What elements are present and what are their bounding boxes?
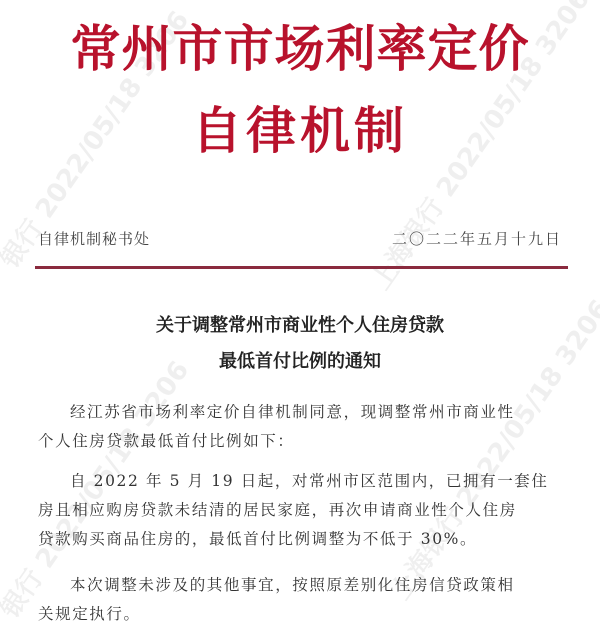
document-header-title: 常州市市场利率定价	[0, 18, 600, 80]
notice-title-line1: 关于调整常州市商业性个人住房贷款	[0, 311, 600, 337]
paragraph-line: 房且相应购房贷款未结清的居民家庭，再次申请商业性个人住房	[38, 496, 570, 525]
paragraph-line: 个人住房贷款最低首付比例如下：	[38, 427, 570, 456]
issuer-name: 自律机制秘书处	[38, 228, 150, 249]
issuer-row: 自律机制秘书处 二〇二二年五月十九日	[36, 228, 564, 252]
body-paragraph-1: 经江苏省市场利率定价自律机制同意，现调整常州市商业性 个人住房贷款最低首付比例如…	[38, 398, 570, 456]
paragraph-line: 自 2022 年 5 月 19 日起，对常州市区范围内，已拥有一套住	[38, 467, 570, 496]
issue-date: 二〇二二年五月十九日	[392, 228, 562, 249]
notice-title-line2: 最低首付比例的通知	[0, 347, 600, 373]
header-divider	[35, 266, 568, 269]
document-header-subtitle: 自律机制	[0, 100, 600, 162]
paragraph-line: 本次调整未涉及的其他事宜，按照原差别化住房信贷政策相	[38, 571, 570, 600]
body-paragraph-3: 本次调整未涉及的其他事宜，按照原差别化住房信贷政策相 关规定执行。	[38, 571, 570, 629]
paragraph-line: 关规定执行。	[38, 600, 570, 629]
paragraph-line: 贷款购买商品住房的，最低首付比例调整为不低于 30%。	[38, 525, 570, 554]
paragraph-line: 经江苏省市场利率定价自律机制同意，现调整常州市商业性	[38, 398, 570, 427]
body-paragraph-2: 自 2022 年 5 月 19 日起，对常州市区范围内，已拥有一套住 房且相应购…	[38, 467, 570, 554]
